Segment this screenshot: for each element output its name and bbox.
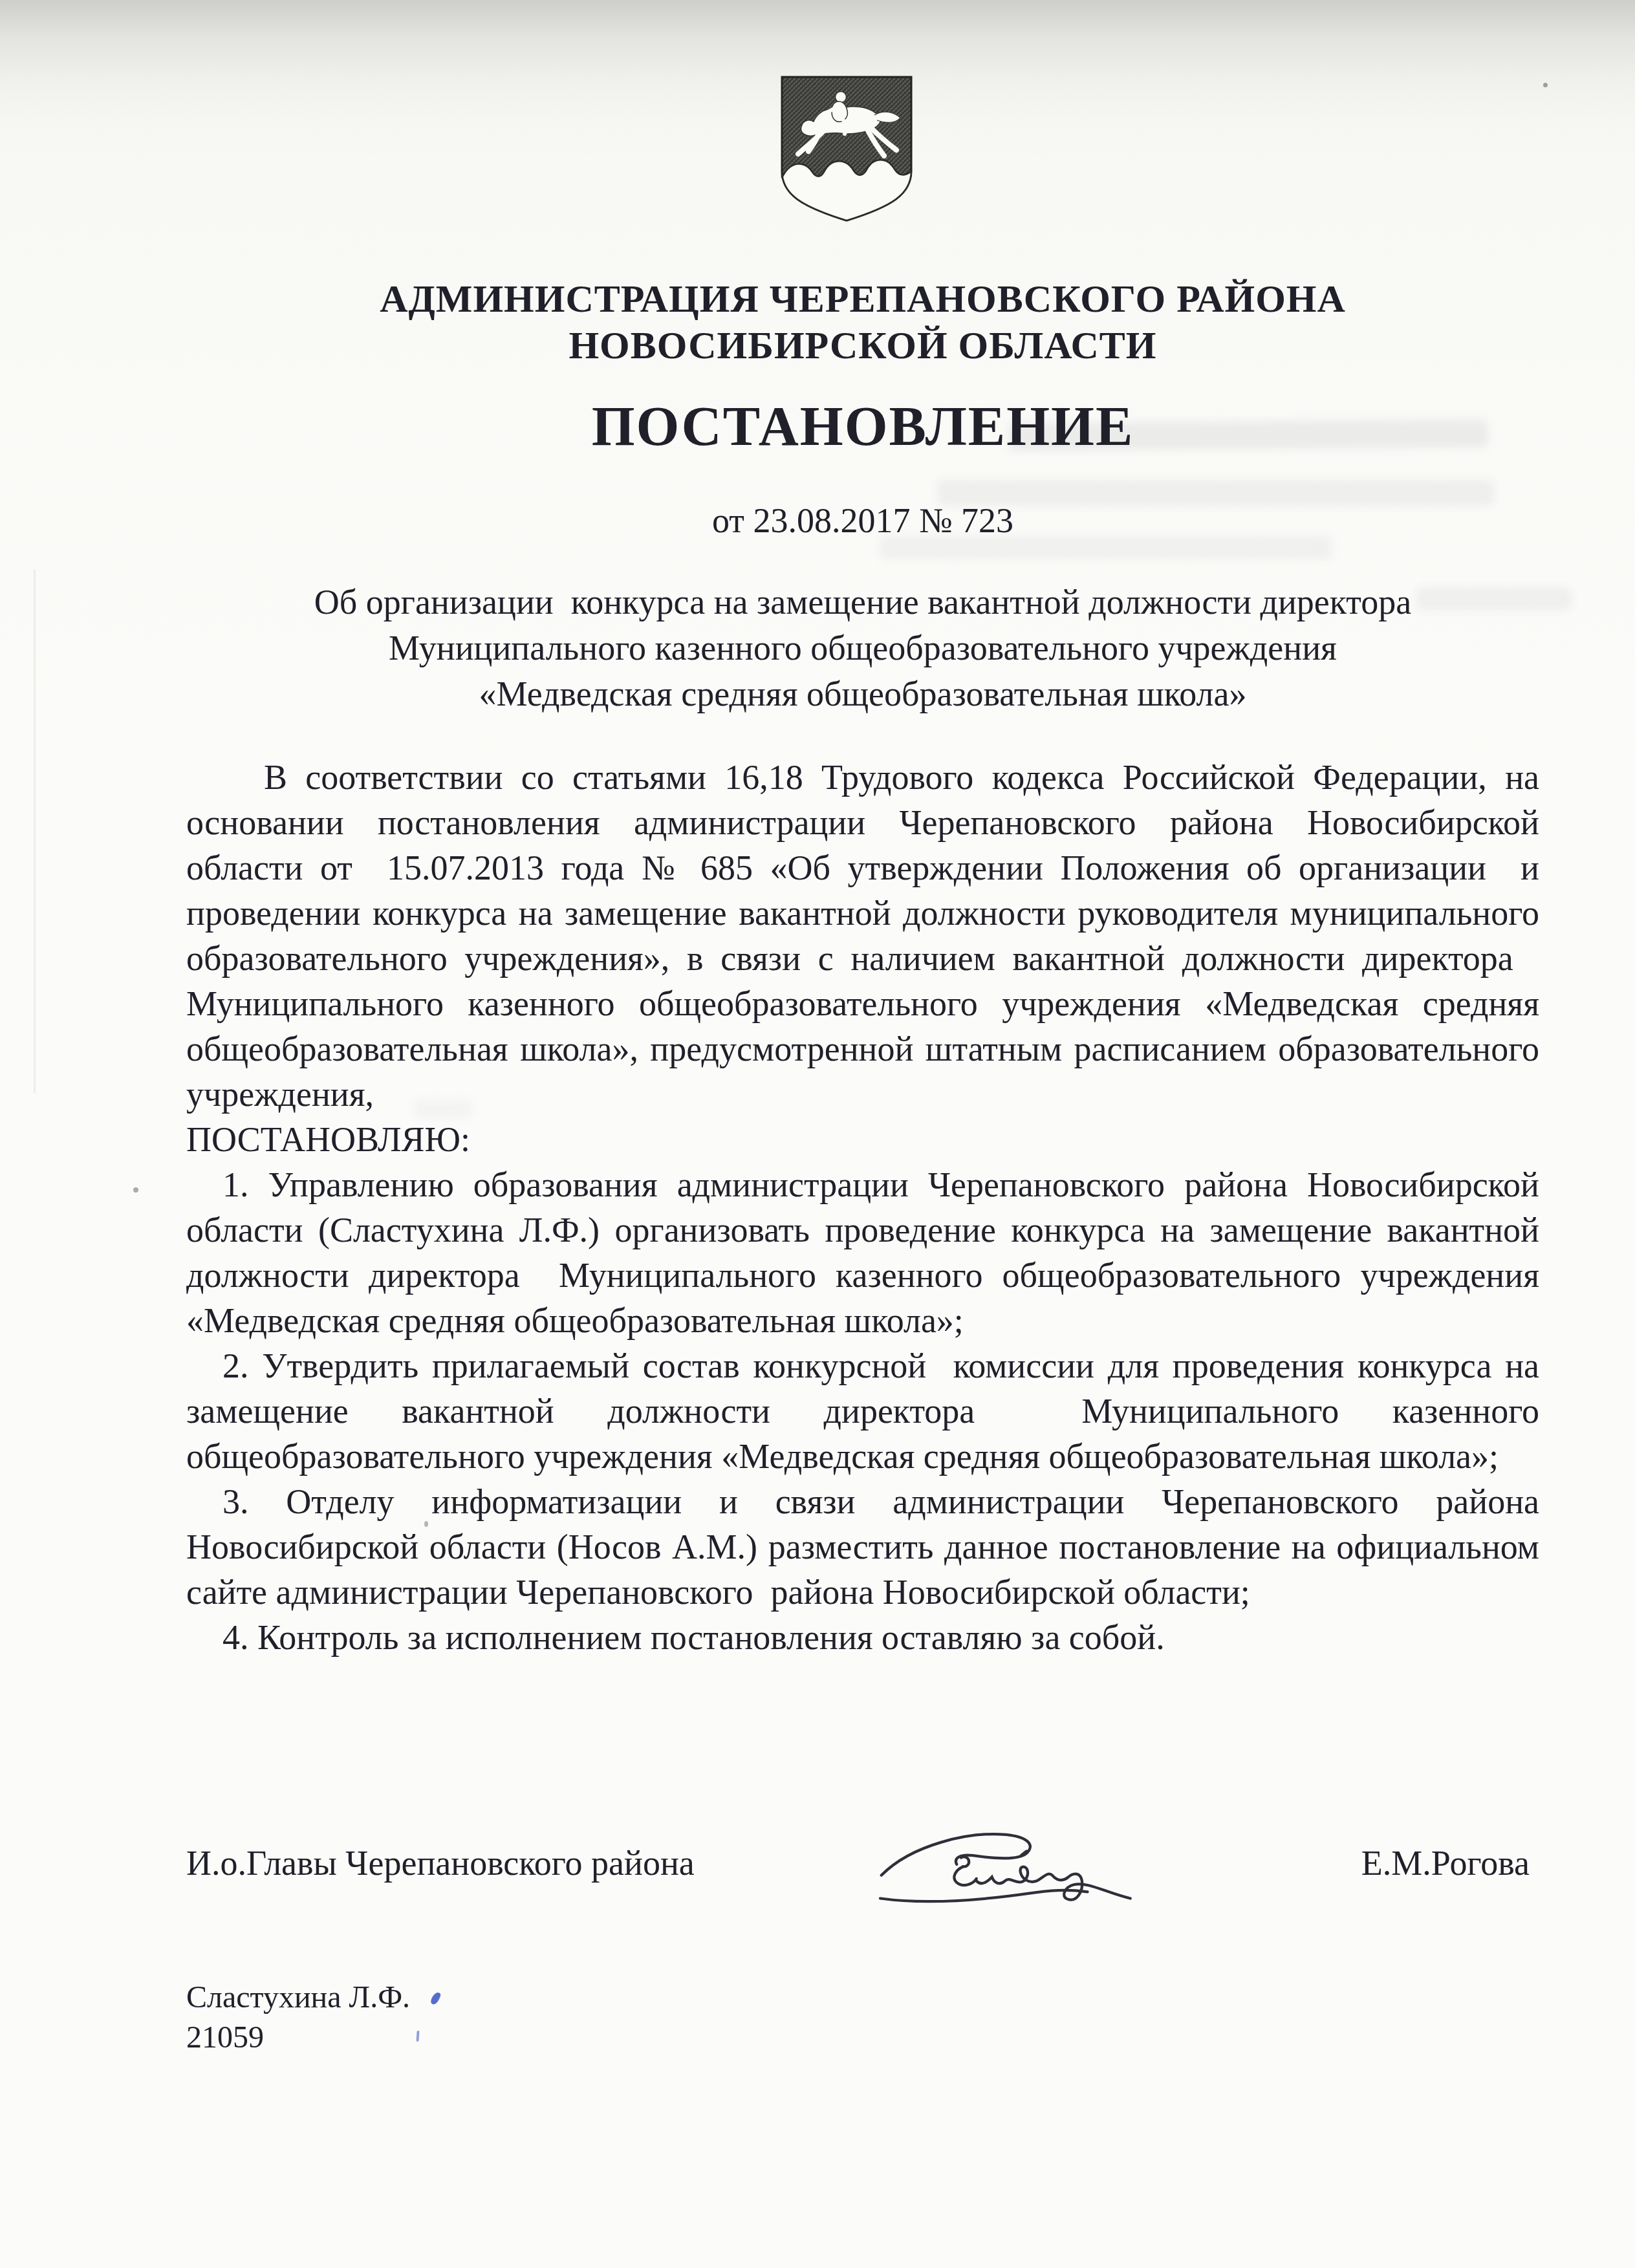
resolution-item-2: 2. Утвердить прилагаемый состав конкурсн… — [186, 1343, 1539, 1479]
scan-speck — [1543, 83, 1548, 87]
resolution-item-1: 1. Управлению образования администрации … — [186, 1162, 1539, 1343]
blue-ink-mark — [429, 1991, 441, 2006]
document-body: В соответствии со статьями 16,18 Трудово… — [186, 755, 1539, 1660]
subject-line2: Муниципального казенного общеобразовател… — [186, 625, 1539, 671]
resolution-item-3: 3. Отделу информатизации и связи админис… — [186, 1479, 1539, 1615]
org-name-line2: НОВОСИБИРСКОЙ ОБЛАСТИ — [186, 322, 1539, 369]
org-name-line1: АДМИНИСТРАЦИЯ ЧЕРЕПАНОВСКОГО РАЙОНА — [186, 275, 1539, 322]
document-type-title: ПОСТАНОВЛЕНИЕ — [186, 393, 1539, 459]
scan-speck — [133, 1187, 138, 1193]
district-coat-of-arms-icon — [776, 72, 917, 224]
signer-name: Е.М.Рогова — [1271, 1842, 1530, 1885]
blue-ink-mark — [416, 2031, 419, 2042]
scan-edge-artifact — [34, 569, 36, 1093]
scanned-document-page: АДМИНИСТРАЦИЯ ЧЕРЕПАНОВСКОГО РАЙОНА НОВО… — [0, 0, 1635, 2268]
resolution-item-4: 4. Контроль за исполнением постановления… — [186, 1615, 1539, 1660]
signer-position-title: И.о.Главы Черепановского района — [186, 1842, 695, 1885]
handwritten-signature-icon — [829, 1804, 1159, 1916]
date-number-line: от 23.08.2017 № 723 — [186, 498, 1539, 543]
executor-footer: Сластухина Л.Ф. 21059 — [186, 1978, 410, 2058]
preamble-paragraph: В соответствии со статьями 16,18 Трудово… — [186, 755, 1539, 1117]
document-content: АДМИНИСТРАЦИЯ ЧЕРЕПАНОВСКОГО РАЙОНА НОВО… — [186, 0, 1539, 1660]
executor-name: Сластухина Л.Ф. — [186, 1978, 410, 2018]
resolve-word: ПОСТАНОВЛЯЮ: — [186, 1117, 1539, 1162]
subject-line3: «Медведская средняя общеобразовательная … — [186, 671, 1539, 717]
subject-block: Об организации конкурса на замещение вак… — [186, 579, 1539, 717]
subject-line1: Об организации конкурса на замещение вак… — [186, 579, 1539, 625]
executor-phone: 21059 — [186, 2018, 410, 2058]
